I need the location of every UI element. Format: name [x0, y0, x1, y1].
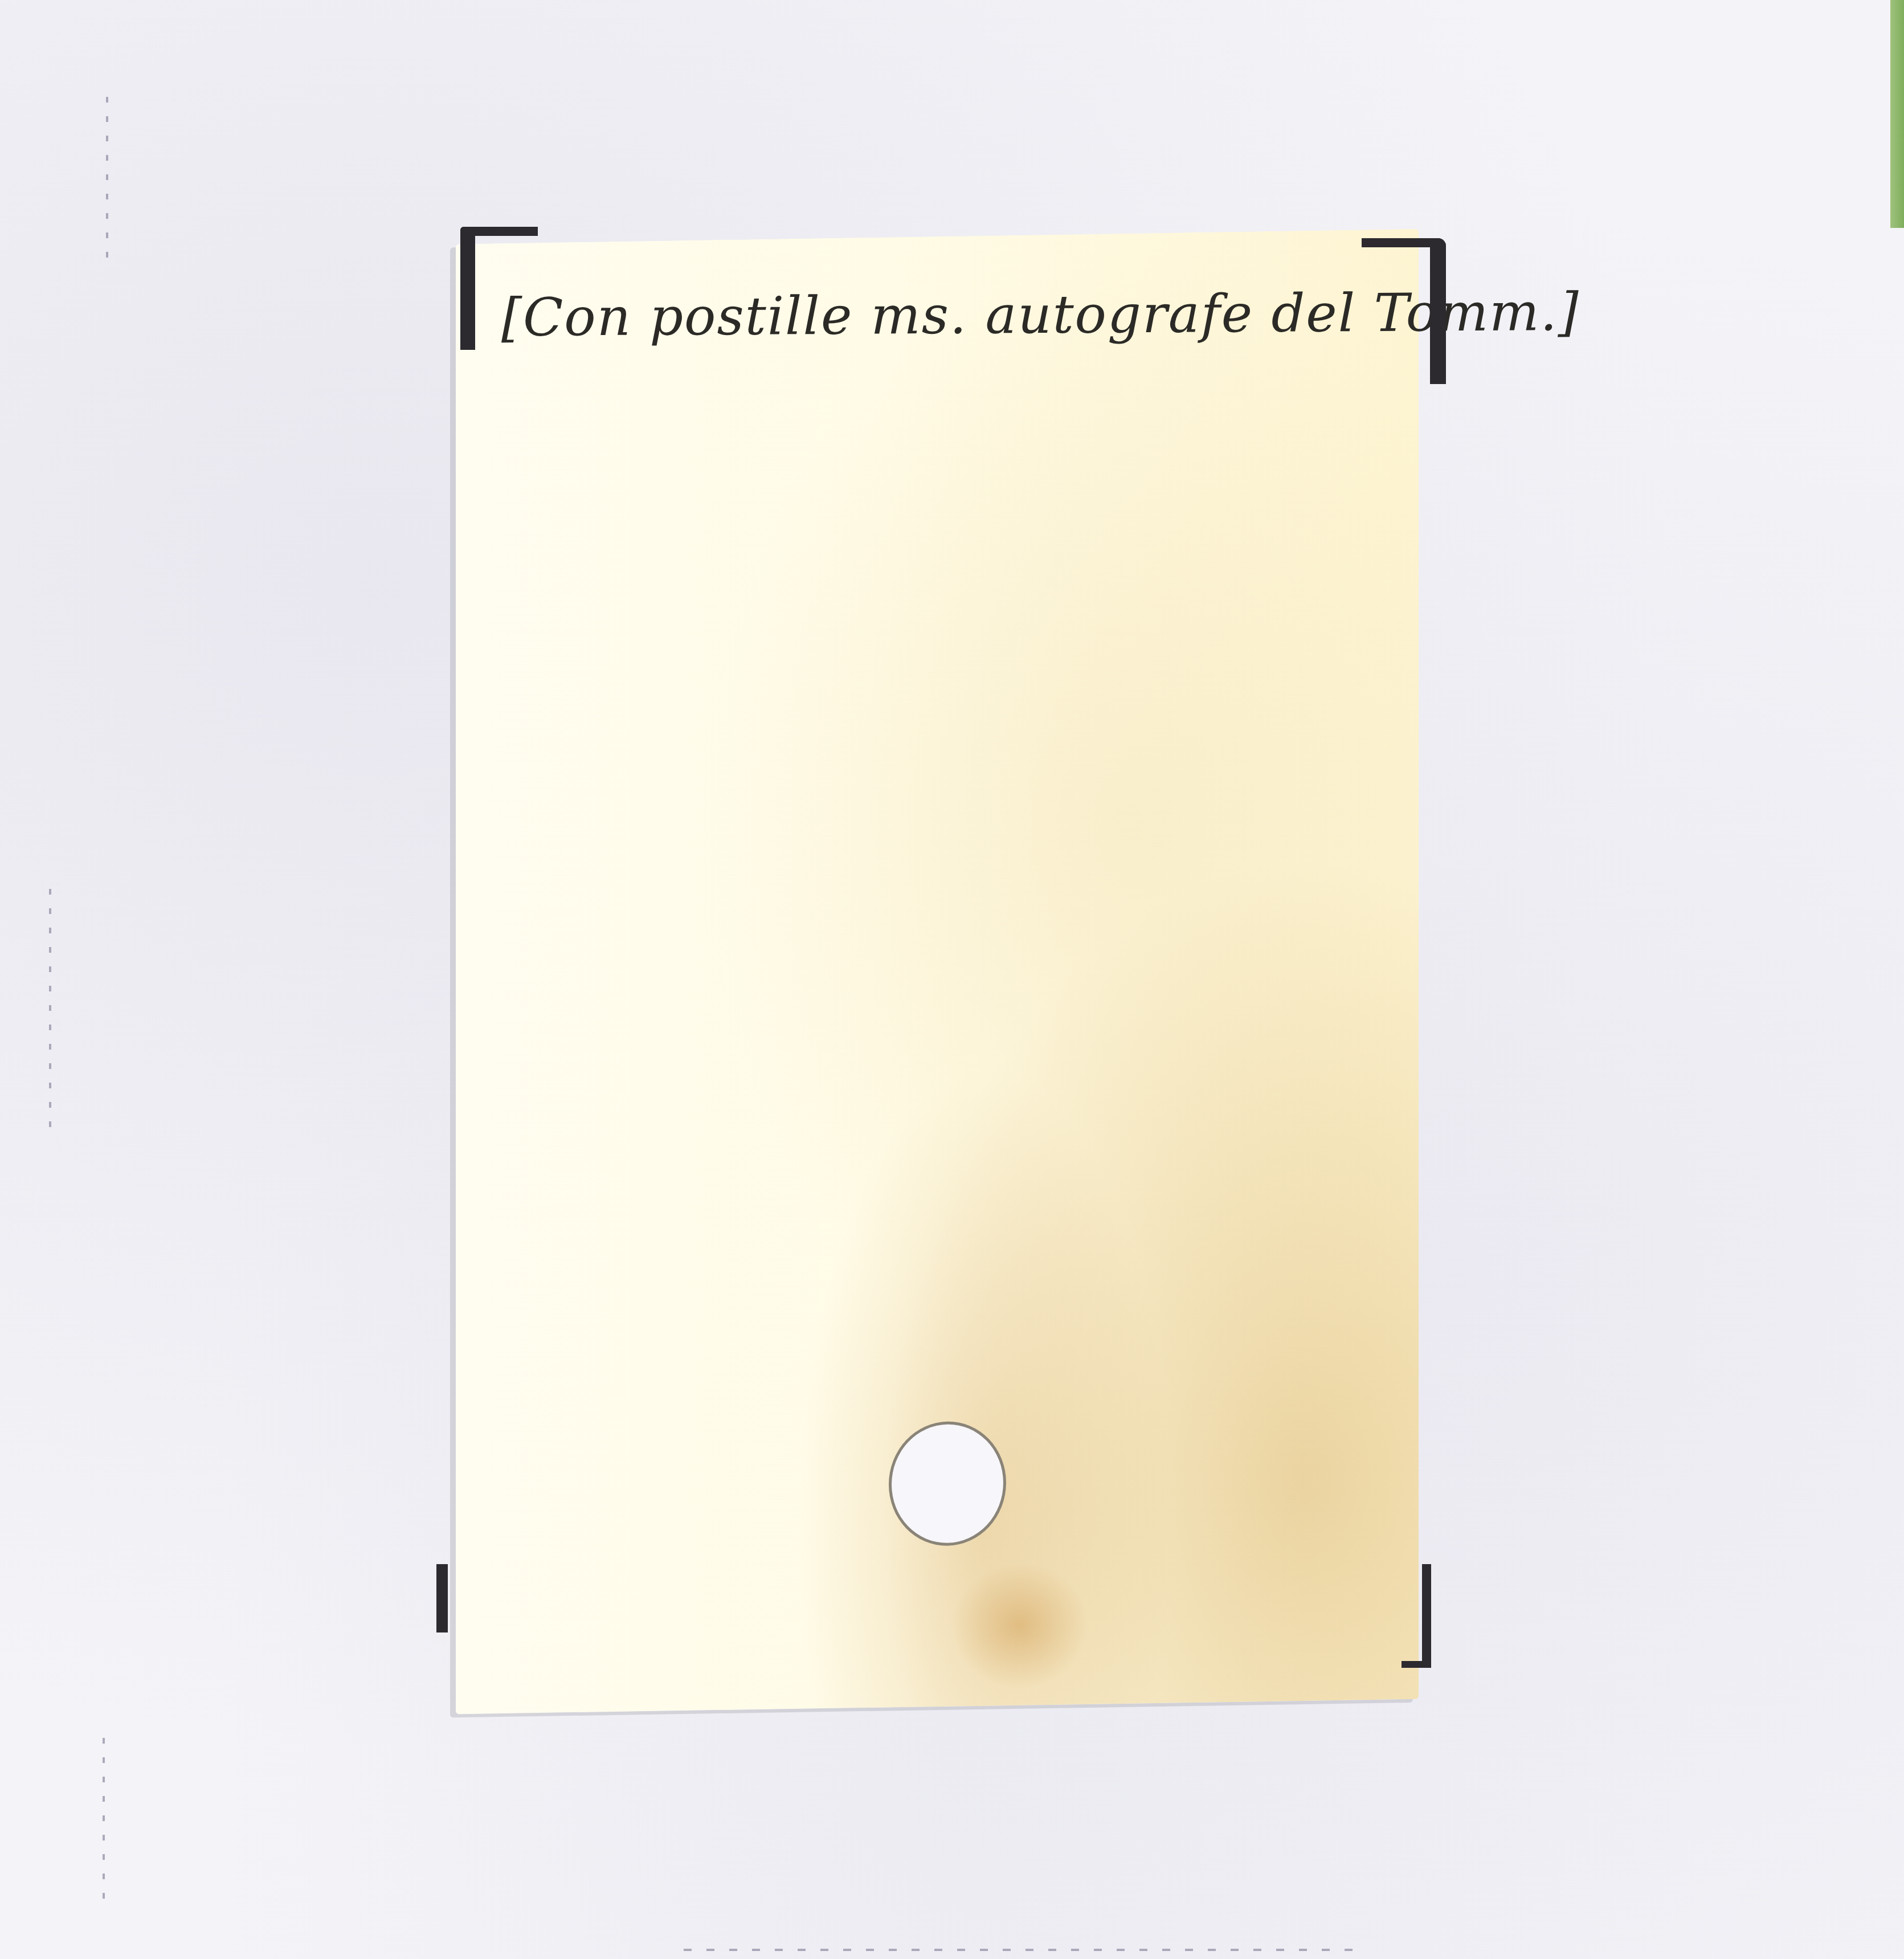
- punch-hole: [889, 1421, 1006, 1546]
- archival-card: [Con postille ms. autografe del Tomm.]: [456, 229, 1419, 1715]
- corner-mount-top-left: [460, 227, 538, 350]
- perforation-mark: [106, 97, 108, 268]
- corner-mount-top-right: [1362, 238, 1446, 384]
- corner-mount-bottom-left: [436, 1564, 461, 1632]
- perforation-mark: [684, 1949, 1367, 1951]
- corner-mount-bottom-right: [1402, 1564, 1431, 1668]
- perforation-mark: [103, 1738, 105, 1909]
- green-edge-strip: [1890, 0, 1904, 228]
- perforation-mark: [49, 889, 51, 1134]
- foxing-stain: [946, 1556, 1094, 1695]
- handwritten-annotation: [Con postille ms. autografe del Tomm.]: [501, 283, 1384, 348]
